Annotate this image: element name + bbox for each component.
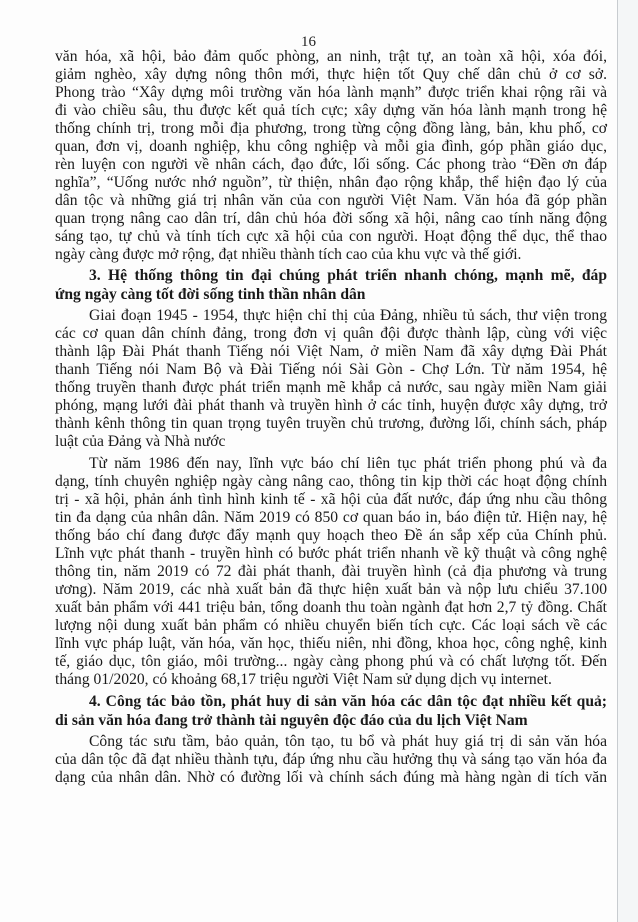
paragraph-line: sáng tạo, tự chủ và tính tích cực xã hội… bbox=[55, 228, 607, 246]
paragraph-line: tin đa dạng của nhân dân. Năm 2019 có 85… bbox=[55, 509, 607, 527]
paragraph-line: trị - xã hội, phản ánh tình hình kinh tế… bbox=[55, 491, 607, 509]
paragraph-line: luật của Đảng và Nhà nước bbox=[55, 433, 607, 451]
section-heading-line: ứng ngày càng tốt đời sống tinh thần nhâ… bbox=[55, 286, 607, 304]
paragraph-line: Phong trào “Xây dựng môi trường văn hóa … bbox=[55, 84, 607, 102]
paragraph-line: tháng 01/2020, có khoảng 68,17 triệu ngư… bbox=[55, 671, 607, 689]
paragraph-line: của dân tộc đã đạt nhiều thành tựu, đáp … bbox=[55, 751, 607, 769]
paragraph-line: các cơ quan dân chính đảng, trong đơn vị… bbox=[55, 325, 607, 343]
section-heading-line: 4. Công tác bảo tồn, phát huy di sản văn… bbox=[55, 693, 607, 711]
paragraph-line: xuất bản phẩm với 441 triệu bản, tổng do… bbox=[55, 599, 607, 617]
paragraph-line: rèn luyện con người về nhân cách, đạo đứ… bbox=[55, 156, 607, 174]
paragraph-line: thống báo chí đang được đẩy mạnh quy hoạ… bbox=[55, 527, 607, 545]
paragraph-line: phóng, mạng lưới đài phát thanh và truyề… bbox=[55, 397, 607, 415]
section-heading-line: 3. Hệ thống thông tin đại chúng phát tri… bbox=[55, 267, 607, 285]
document-page: 16 văn hóa, xã hội, bảo đảm quốc phòng, … bbox=[0, 0, 617, 922]
paragraph-line: Lĩnh vực phát thanh - truyền hình có bướ… bbox=[55, 545, 607, 563]
paragraph-line: dạng, tính chuyên nghiệp ngày càng nâng … bbox=[55, 473, 607, 491]
paragraph-line: quan, đơn vị, doanh nghiệp, khu công ngh… bbox=[55, 138, 607, 156]
paragraph-line: giảm nghèo, xây dựng nông thôn mới, thực… bbox=[55, 66, 607, 84]
paragraph-line: văn hóa, xã hội, bảo đảm quốc phòng, an … bbox=[55, 48, 607, 66]
paragraph-line: thống chính trị, trong mỗi địa phương, t… bbox=[55, 120, 607, 138]
paragraph-line: thành lập Đài Phát thanh Tiếng nói Việt … bbox=[55, 343, 607, 361]
paragraph-line: thông tin, năm 2019 có 72 đài phát thanh… bbox=[55, 563, 607, 581]
paragraph-line: Công tác sưu tầm, bảo quản, tôn tạo, tu … bbox=[55, 733, 607, 751]
paragraph-line: dạng của nhân dân. Nhờ có đường lối và c… bbox=[55, 769, 607, 787]
paragraph-line: Giai đoạn 1945 - 1954, thực hiện chỉ thị… bbox=[55, 307, 607, 325]
paragraph-line: đi vào chiều sâu, thu được kết quả tích … bbox=[55, 102, 607, 120]
page-margin-shade bbox=[618, 0, 638, 922]
paragraph-line: thanh Tiếng nói Nam Bộ và Đài Tiếng nói … bbox=[55, 361, 607, 379]
paragraph-line: dân tộc và những giá trị nhân văn của co… bbox=[55, 192, 607, 210]
paragraph-line: thống truyền thanh được phát triển mạnh … bbox=[55, 379, 607, 397]
paragraph-line: thành kênh thông tin quan trọng tuyên tr… bbox=[55, 415, 607, 433]
paragraph-line: nghĩa”, “Uống nước nhớ nguồn”, từ thiện,… bbox=[55, 174, 607, 192]
paragraph-line: ương). Năm 2019, các nhà xuất bản đã thự… bbox=[55, 581, 607, 599]
paragraph-line: lĩnh vực pháp luật, văn hóa, văn học, th… bbox=[55, 635, 607, 653]
paragraph-line: quan trọng nâng cao dân trí, dân chủ hóa… bbox=[55, 210, 607, 228]
section-heading-line: di sản văn hóa đang trở thành tài nguyên… bbox=[55, 712, 607, 730]
paragraph-line: lượng nội dung xuất bản phẩm có nhiều ch… bbox=[55, 617, 607, 635]
paragraph-line: tế, giáo dục, tôn giáo, môi trường... ng… bbox=[55, 653, 607, 671]
paragraph-line: ngày càng được mở rộng, đạt nhiều thành … bbox=[55, 246, 607, 264]
paragraph-line: Từ năm 1986 đến nay, lĩnh vực báo chí li… bbox=[55, 455, 607, 473]
